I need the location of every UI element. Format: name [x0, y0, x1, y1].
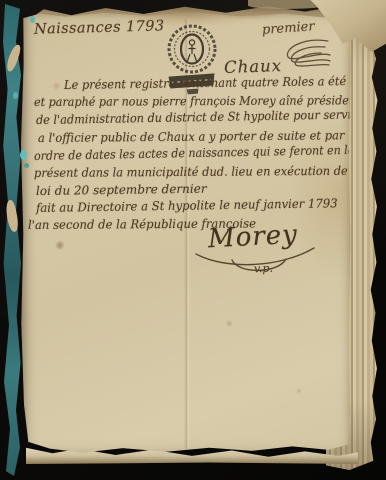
body-line: a l'officier public de Chaux a y porter … [38, 128, 345, 145]
body-line: présent dans la municipalité dud. lieu e… [34, 164, 362, 180]
paraph-flourish-icon [278, 36, 336, 72]
register-year-label: Naissances 1793 [34, 18, 165, 37]
body-line: ordre de dates les actes de naissances q… [34, 143, 367, 163]
commune-title: Chaux [224, 56, 283, 77]
body-line: Le présent registre contenant quatre Rol… [64, 74, 379, 92]
body-line: de l'administration du district de St hy… [36, 107, 357, 127]
book-binding-edge [2, 4, 22, 476]
closing-line: fait au Directoire a St hypolite le neuf… [36, 196, 338, 215]
signature-initials: v.p. [254, 262, 273, 276]
teal-paint-speck [20, 150, 27, 160]
body-line: et paraphé par nous pierre françois More… [34, 93, 361, 109]
teal-paint-speck [30, 16, 35, 23]
archival-photo: Naissances 1793 premier [0, 0, 386, 480]
teal-paint-speck [24, 163, 29, 168]
teal-paint-speck [13, 92, 18, 99]
register-page: Naissances 1793 premier [20, 10, 352, 458]
body-line: loi du 20 septembre dernier [36, 182, 207, 198]
